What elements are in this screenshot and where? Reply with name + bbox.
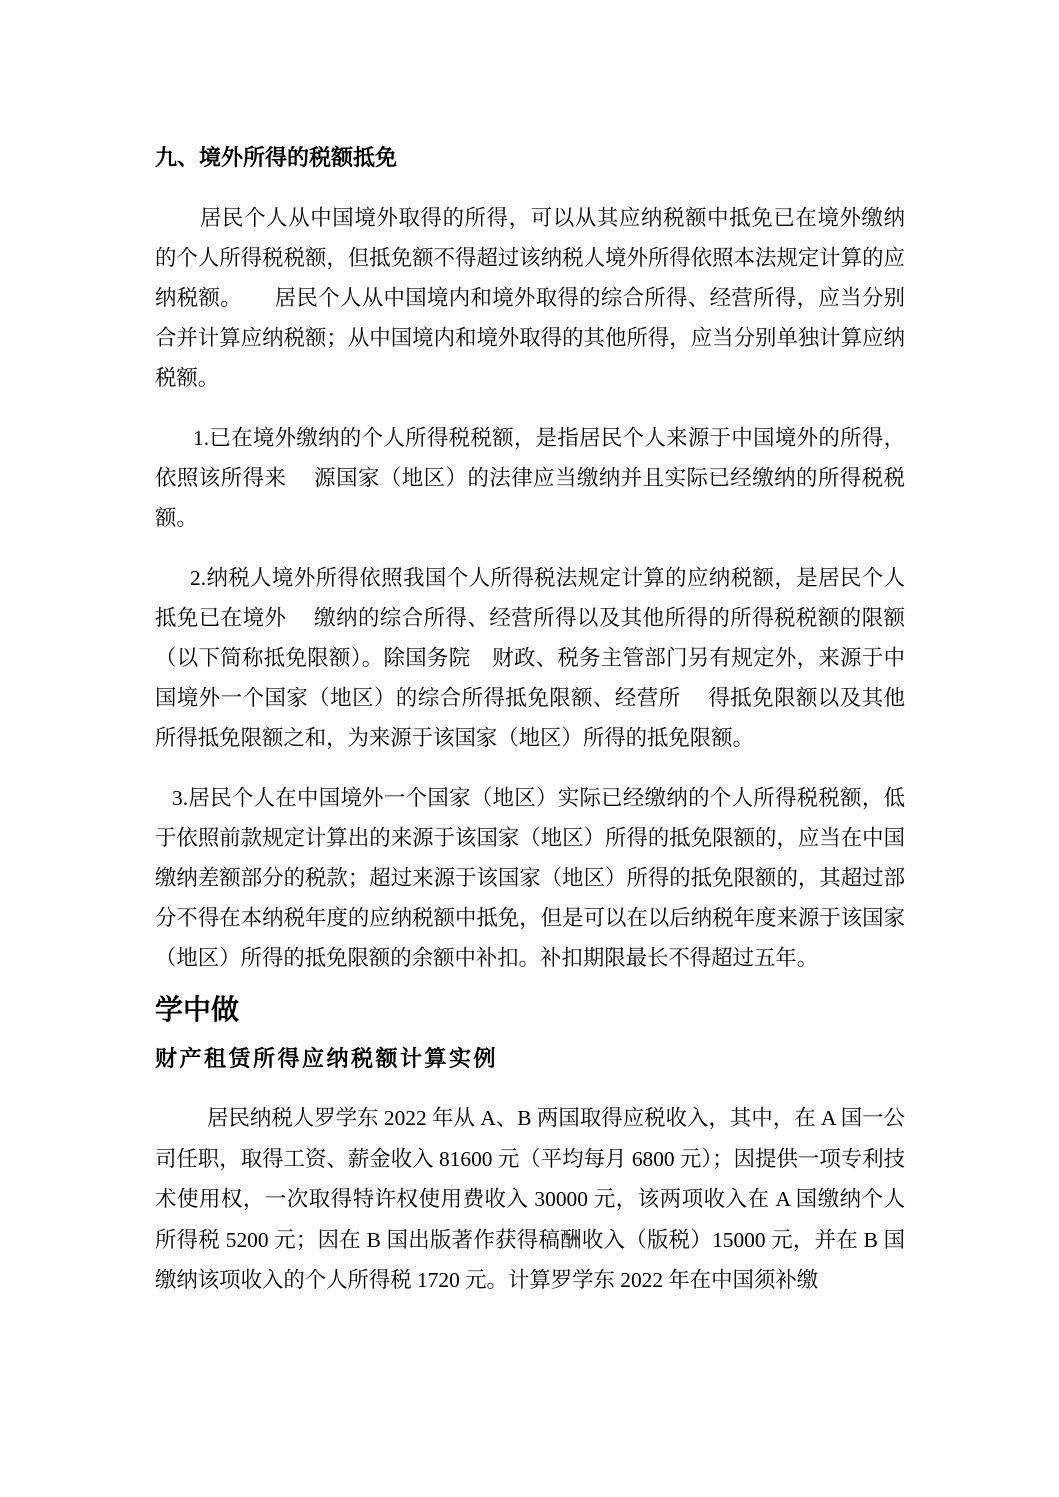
intro-paragraph: 居民个人从中国境外取得的所得，可以从其应纳税额中抵免已在境外缴纳的个人所得税税额… xyxy=(155,198,905,398)
example-paragraph: 居民纳税人罗学东 2022 年从 A、B 两国取得应税收入，其中，在 A 国一公… xyxy=(155,1098,905,1301)
list-item-2: 2.纳税人境外所得依照我国个人所得税法规定计算的应纳税额，是居民个人抵免已在境外… xyxy=(155,558,905,758)
example-title: 财产租赁所得应纳税额计算实例 xyxy=(155,1046,905,1072)
section-heading: 九、境外所得的税额抵免 xyxy=(155,144,905,172)
document-page: 九、境外所得的税额抵免 居民个人从中国境外取得的所得，可以从其应纳税额中抵免已在… xyxy=(0,0,1059,1497)
list-item-3: 3.居民个人在中国境外一个国家（地区）实际已经缴纳的个人所得税税额，低于依照前款… xyxy=(155,778,905,978)
practice-section-heading: 学中做 xyxy=(155,994,905,1026)
list-item-1: 1.已在境外缴纳的个人所得税税额，是指居民个人来源于中国境外的所得，依照该所得来… xyxy=(155,418,905,538)
